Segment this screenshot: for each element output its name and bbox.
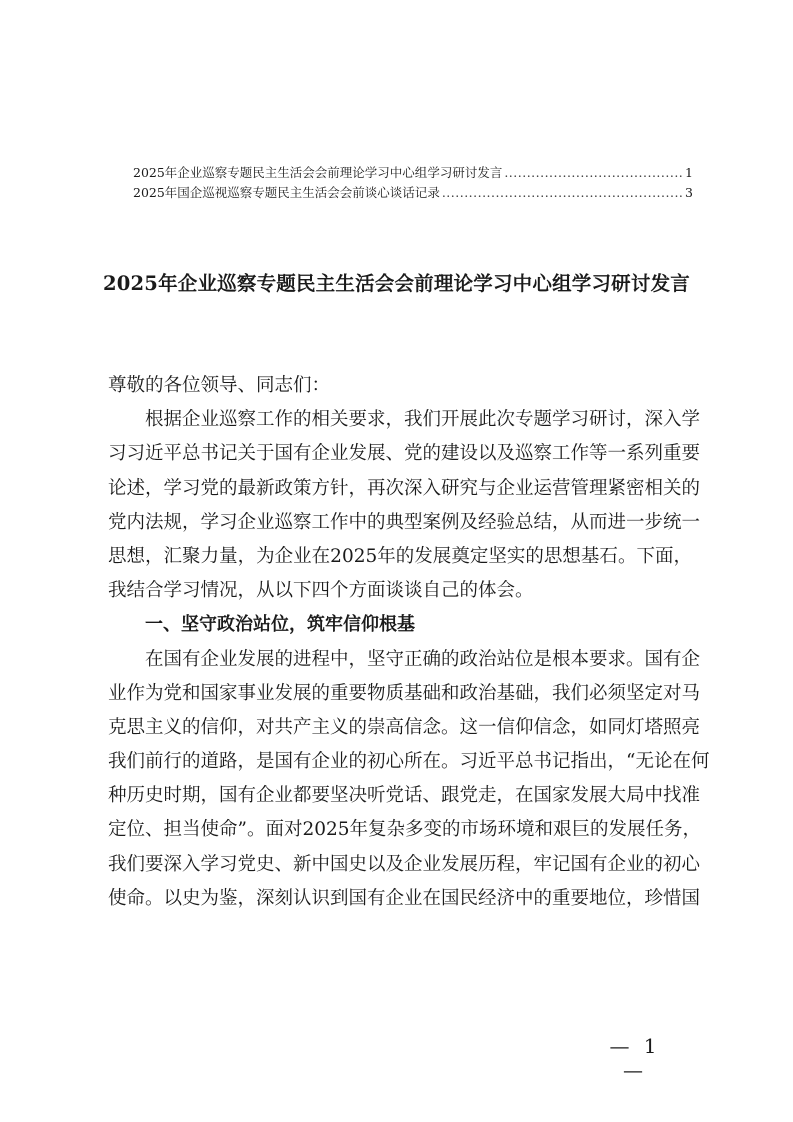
toc-leader-dots	[442, 183, 683, 203]
section-paragraph: 在国有企业发展的进程中，坚守正确的政治站位是根本要求。国有企 业作为党和国家事业…	[108, 643, 692, 917]
paragraph-line: 定位、担当使命”。面对2025年复杂多变的市场环境和艰巨的发展任务，	[108, 813, 692, 847]
table-of-contents: 2025年企业巡察专题民主生活会会前理论学习中心组学习研讨发言 1 2025年国…	[133, 163, 693, 203]
toc-leader-dots	[504, 163, 683, 183]
paragraph-line: 思想，汇聚力量，为企业在2025年的发展奠定坚实的思想基石。下面，	[108, 540, 692, 574]
paragraph-line: 党内法规，学习企业巡察工作中的典型案例及经验总结，从而进一步统一	[108, 506, 692, 540]
paragraph-line: 克思主义的信仰，对共产主义的崇高信念。这一信仰信念，如同灯塔照亮	[108, 711, 692, 745]
section-heading: 一、坚守政治站位，筑牢信仰根基	[108, 608, 692, 642]
document-page: 2025年企业巡察专题民主生活会会前理论学习中心组学习研讨发言 1 2025年国…	[0, 0, 793, 1122]
paragraph-line: 使命。以史为鉴，深刻认识到国有企业在国民经济中的重要地位，珍惜国	[108, 882, 692, 916]
paragraph-line: 根据企业巡察工作的相关要求，我们开展此次专题学习研讨，深入学	[108, 403, 692, 437]
document-title: 2025年企业巡察专题民主生活会会前理论学习中心组学习研讨发言	[0, 269, 793, 299]
toc-entry-title: 2025年企业巡察专题民主生活会会前理论学习中心组学习研讨发言	[133, 163, 502, 183]
paragraph-line: 在国有企业发展的进程中，坚守正确的政治站位是根本要求。国有企	[108, 643, 692, 677]
toc-entry-page: 3	[685, 183, 693, 203]
paragraph-line: 种历史时期，国有企业都要坚决听党话、跟党走，在国家发展大局中找准	[108, 779, 692, 813]
toc-entry[interactable]: 2025年国企巡视巡察专题民主生活会会前谈心谈话记录 3	[133, 183, 693, 203]
toc-entry[interactable]: 2025年企业巡察专题民主生活会会前理论学习中心组学习研讨发言 1	[133, 163, 693, 183]
paragraph-line: 我结合学习情况，从以下四个方面谈谈自己的体会。	[108, 574, 692, 608]
paragraph-line: 习习近平总书记关于国有企业发展、党的建设以及巡察工作等一系列重要	[108, 437, 692, 471]
paragraph-line: 我们要深入学习党史、新中国史以及企业发展历程，牢记国有企业的初心	[108, 848, 692, 882]
paragraph-line: 业作为党和国家事业发展的重要物质基础和政治基础，我们必须坚定对马	[108, 677, 692, 711]
page-number: — 1 —	[595, 1034, 675, 1082]
paragraph-line: 我们前行的道路，是国有企业的初心所在。习近平总书记指出，“无论在何	[108, 745, 692, 779]
paragraph-line: 论述，学习党的最新政策方针，再次深入研究与企业运营管理紧密相关的	[108, 472, 692, 506]
intro-paragraph: 根据企业巡察工作的相关要求，我们开展此次专题学习研讨，深入学 习习近平总书记关于…	[108, 403, 692, 608]
toc-entry-title: 2025年国企巡视巡察专题民主生活会会前谈心谈话记录	[133, 183, 440, 203]
salutation: 尊敬的各位领导、同志们：	[108, 369, 692, 403]
toc-entry-page: 1	[685, 163, 693, 183]
document-body: 尊敬的各位领导、同志们： 根据企业巡察工作的相关要求，我们开展此次专题学习研讨，…	[108, 369, 692, 916]
